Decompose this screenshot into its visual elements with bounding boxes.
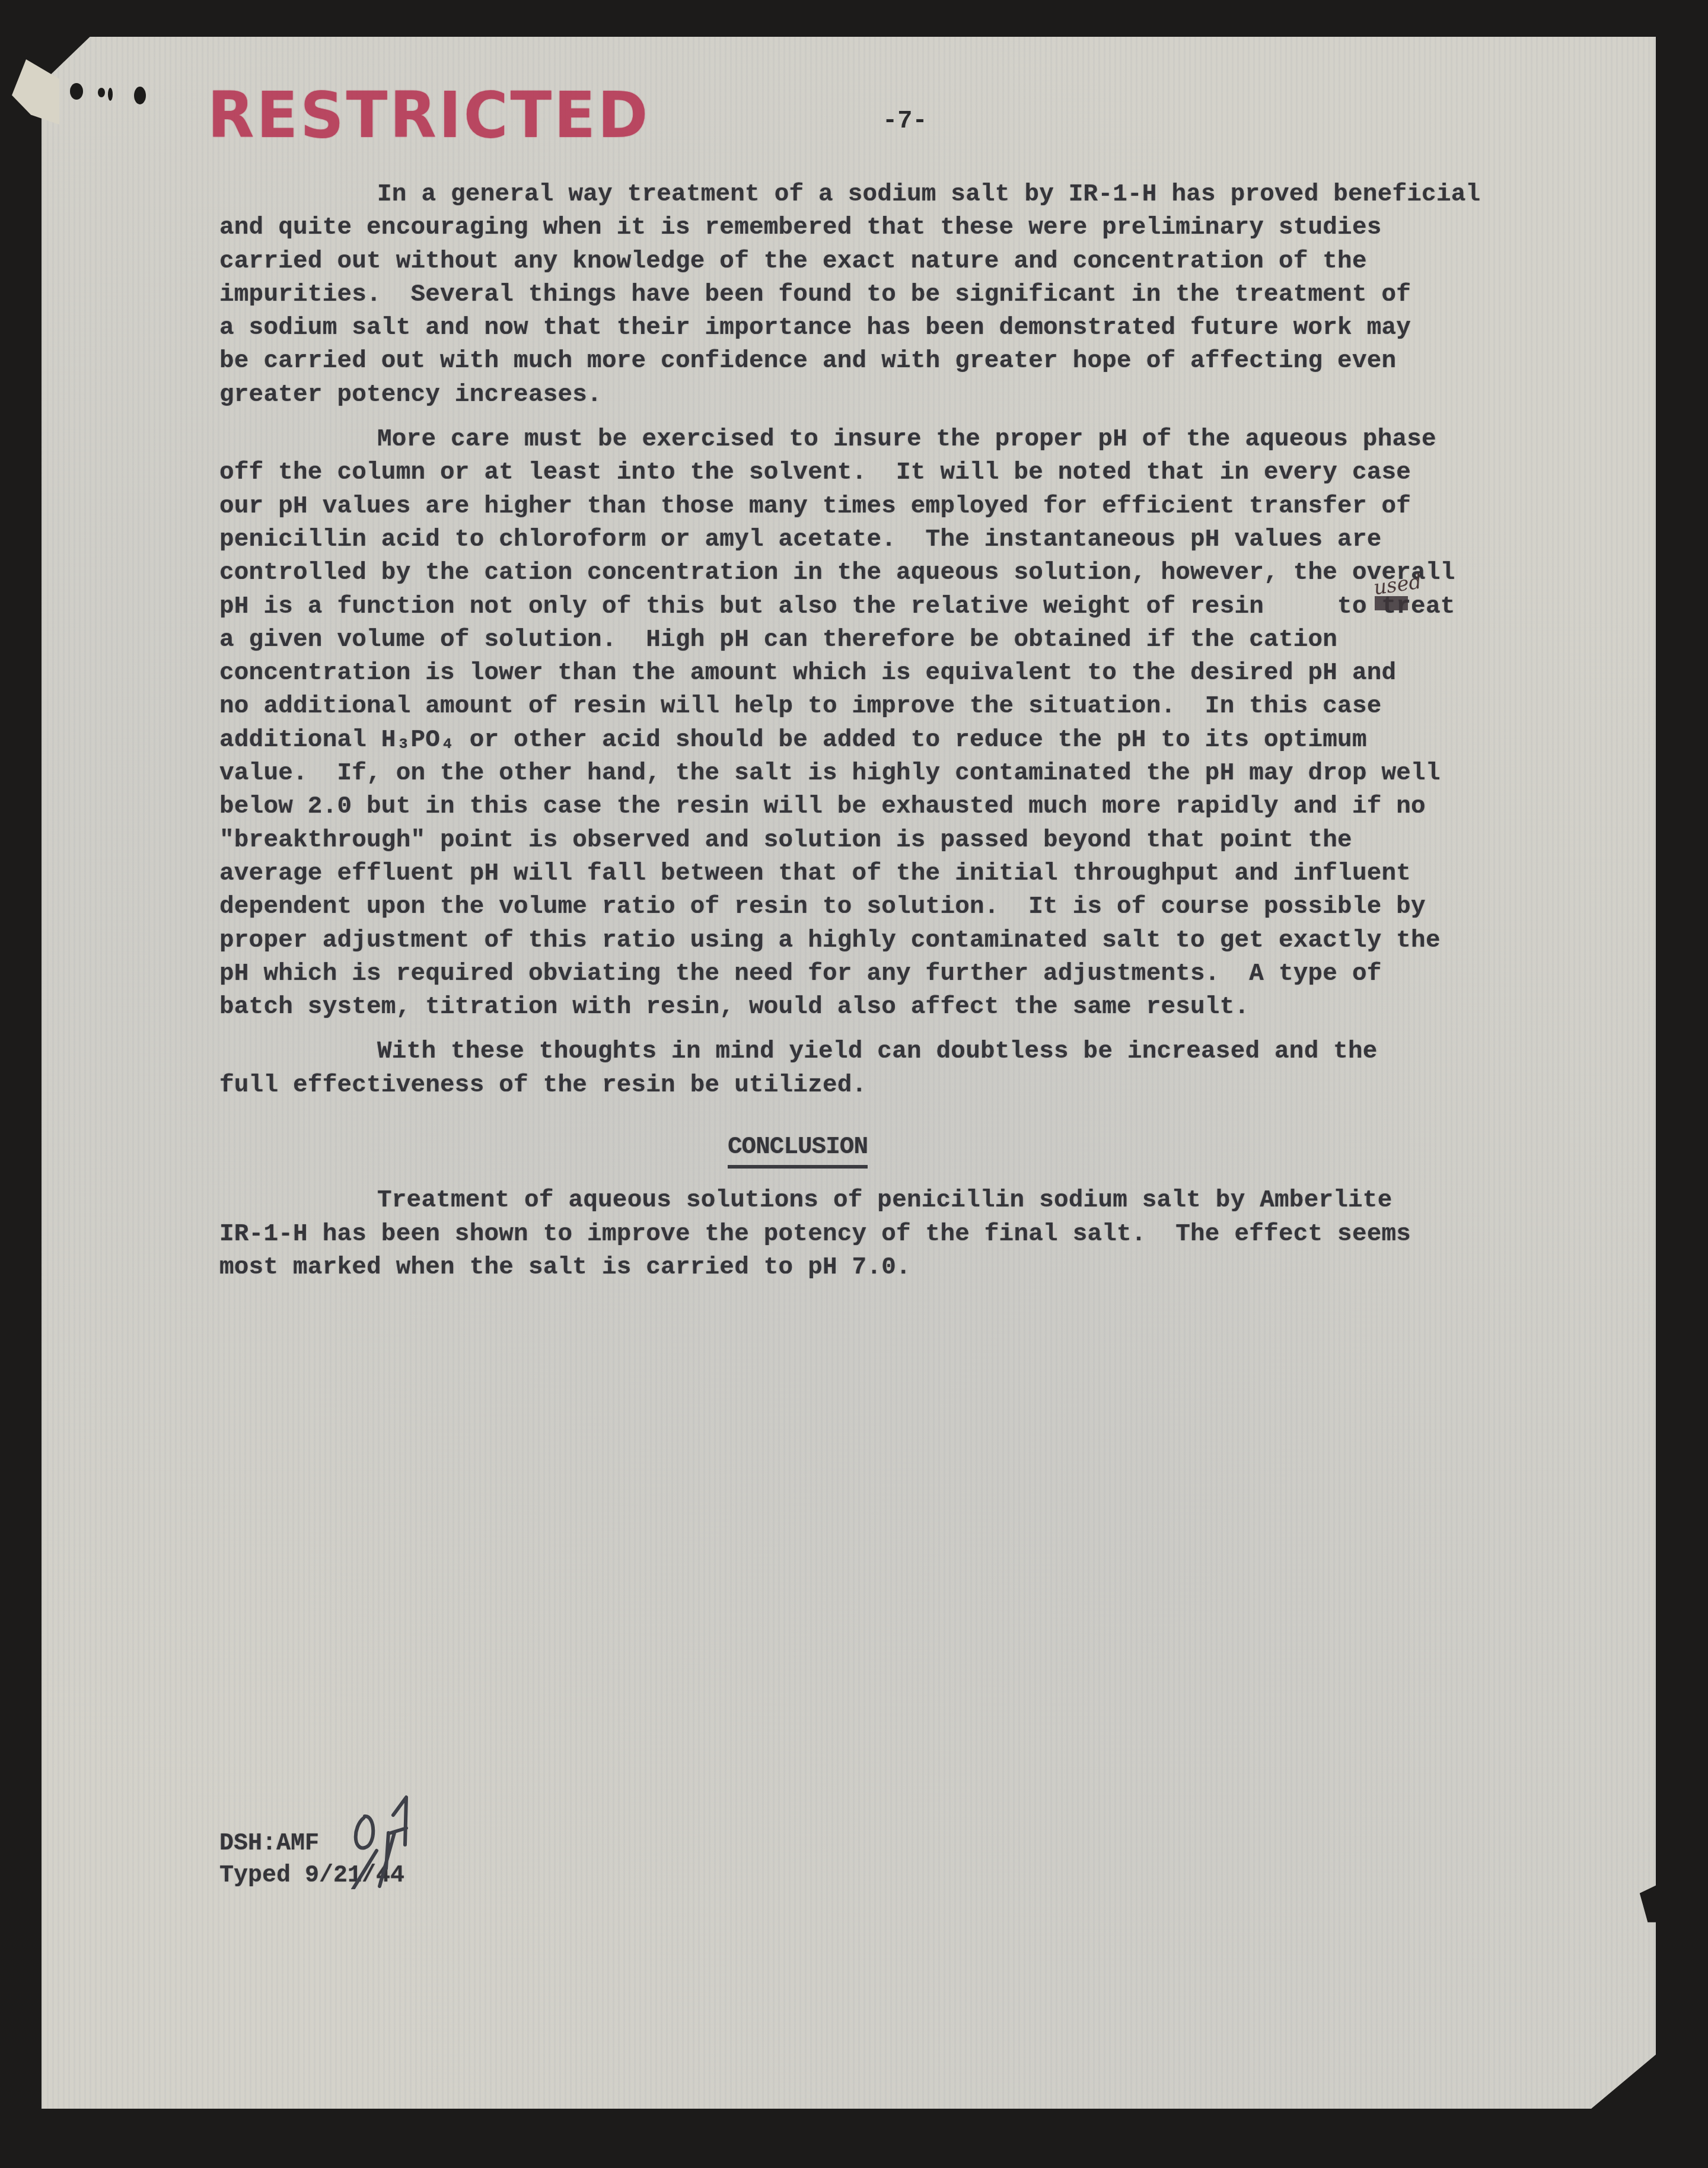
text-line: a sodium salt and now that their importa… [219,311,1583,345]
text-line: most marked when the salt is carried to … [219,1251,1583,1284]
conclusion-heading: CONCLUSION [728,1131,868,1169]
text-line: and quite encouraging when it is remembe… [219,211,1583,244]
text-line: More care must be exercised to insure th… [219,423,1583,456]
paragraph-3: With these thoughts in mind yield can do… [219,1035,1583,1102]
text-line: our pH values are higher than those many… [219,490,1583,523]
page-number: -7- [882,107,928,135]
text-line: off the column or at least into the solv… [219,456,1583,489]
punch-hole [70,83,83,100]
text-line: additional H₃PO₄ or other acid should be… [219,724,1583,757]
text-line: batch system, titration with resin, woul… [219,991,1583,1024]
conclusion-paragraph: Treatment of aqueous solutions of penici… [219,1184,1583,1284]
text-line: greater potency increases. [219,378,1583,412]
text-line: no additional amount of resin will help … [219,690,1583,723]
paragraph-1: In a general way treatment of a sodium s… [219,178,1583,412]
text-line: impurities. Several things have been fou… [219,278,1583,311]
text-line: pH which is required obviating the need … [219,957,1583,991]
torn-corner [12,59,59,125]
text-line: a given volume of solution. High pH can … [219,623,1583,657]
punch-hole [134,87,146,104]
text-line: IR-1-H has been shown to improve the pot… [219,1218,1583,1251]
text-line: full effectiveness of the resin be utili… [219,1069,1583,1102]
text-line: be carried out with much more confidence… [219,345,1583,378]
punch-hole [98,88,105,97]
text-line: concentration is lower than the amount w… [219,657,1583,690]
conclusion-heading-row: CONCLUSION [219,1131,1376,1169]
text-line: value. If, on the other hand, the salt i… [219,757,1583,790]
restricted-stamp: RESTRICTED [208,78,651,152]
text-line: carried out without any knowledge of the… [219,245,1583,278]
text-line: Treatment of aqueous solutions of penici… [219,1184,1583,1217]
text-line: dependent upon the volume ratio of resin… [219,890,1583,924]
text-line: "breakthrough" point is observed and sol… [219,824,1583,857]
text-line: penicillin acid to chloroform or amyl ac… [219,523,1583,556]
text-line: proper adjustment of this ratio using a … [219,924,1583,957]
text-line: With these thoughts in mind yield can do… [219,1035,1583,1068]
signature-icon [329,1791,418,1889]
text-line: below 2.0 but in this case the resin wil… [219,790,1583,823]
punch-hole [108,88,113,101]
paragraph-2: More care must be exercised to insure th… [219,423,1583,1024]
text-line: In a general way treatment of a sodium s… [219,178,1583,211]
paragraph-gap [219,1024,1583,1035]
text-line: average effluent pH will fall between th… [219,857,1583,890]
paragraph-gap [219,412,1583,423]
document-body: In a general way treatment of a sodium s… [219,178,1583,1284]
